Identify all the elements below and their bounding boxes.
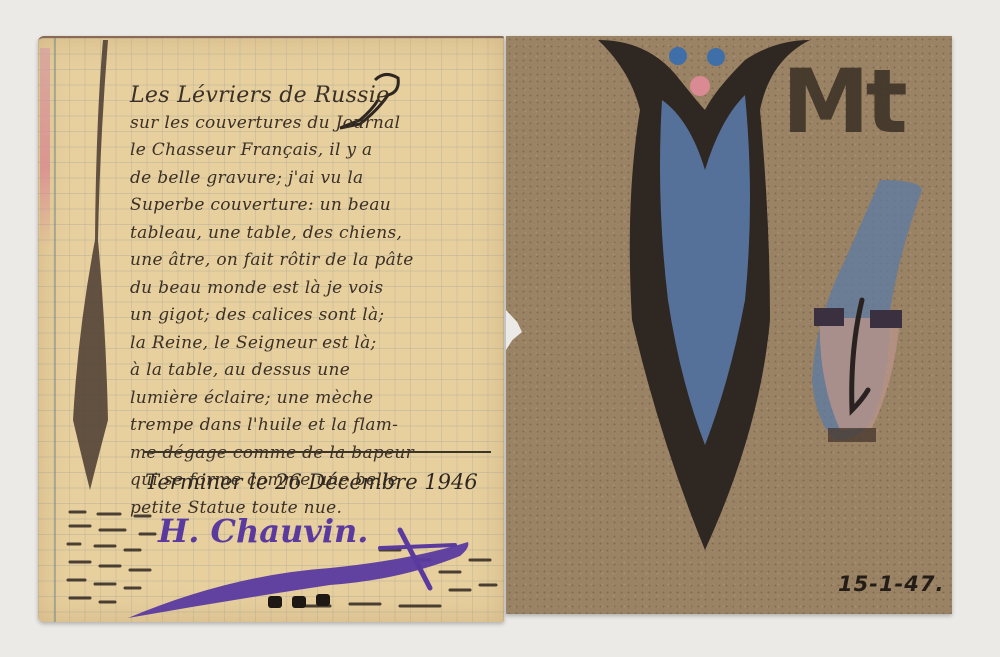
- right-page-date: 15-1-47.: [838, 572, 944, 596]
- brush-stroke-drawing: [73, 40, 108, 490]
- text-line: à la table, au dessus une: [130, 357, 510, 385]
- text-line: Les Lévriers de Russie: [130, 82, 510, 110]
- blue-eye-left: [669, 47, 687, 65]
- completion-date-note: Terminer le 26 Décembre 1946: [145, 470, 478, 494]
- text-line: lumière éclaire; une mèche: [130, 385, 510, 413]
- eye-bar-left: [814, 308, 844, 326]
- artist-signature: H. Chauvin.: [158, 512, 368, 550]
- text-line: du beau monde est là je vois: [130, 275, 510, 303]
- text-line: trempe dans l'huile et la flam-: [130, 412, 510, 440]
- notebook-spread: Mt Les Lévriers de Russie sur les couver…: [0, 0, 1000, 657]
- text-line: le Chasseur Français, il y a: [130, 137, 510, 165]
- text-line: sur les couvertures du Journal: [130, 110, 510, 138]
- blue-eye-right: [707, 48, 725, 66]
- mt-letters: Mt: [782, 58, 904, 146]
- bottle-base: [828, 428, 876, 442]
- feet-drawing: [268, 594, 330, 608]
- pink-nose-dot: [690, 76, 710, 96]
- text-line: la Reine, le Seigneur est là;: [130, 330, 510, 358]
- text-line: Superbe couverture: un beau: [130, 192, 510, 220]
- text-line: un gigot; des calices sont là;: [130, 302, 510, 330]
- handwritten-text-block: Les Lévriers de Russie sur les couvertur…: [130, 82, 510, 522]
- text-line: de belle gravure; j'ai vu la: [130, 165, 510, 193]
- text-line: tableau, une table, des chiens,: [130, 220, 510, 248]
- text-line: me dégage comme de la bapeur: [130, 440, 510, 468]
- text-line: une âtre, on fait rôtir de la pâte: [130, 247, 510, 275]
- eye-bar-right: [870, 310, 902, 328]
- divider-rule: [143, 451, 491, 453]
